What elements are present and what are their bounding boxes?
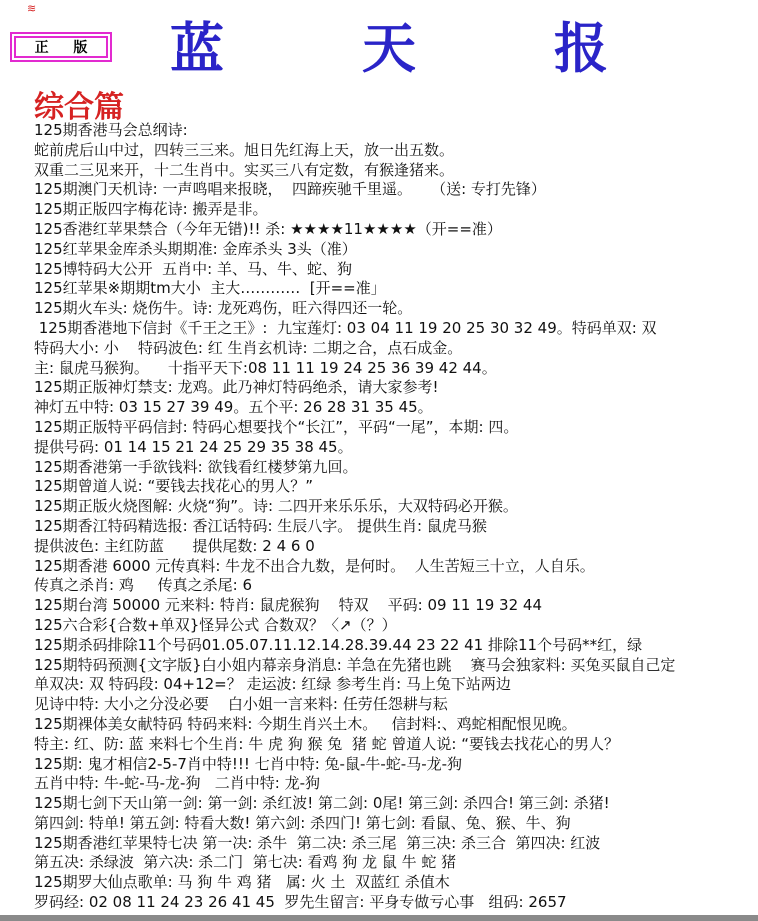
text-line: 125期七剑下天山第一剑: 第一剑: 杀红波! 第二剑: 0尾! 第三剑: 杀四… xyxy=(34,794,754,814)
text-line: 125期香港马会总纲诗: xyxy=(34,121,754,141)
text-line: 125六合彩{合数+单双}怪异公式 合数双？〈↗（？） xyxy=(34,616,754,636)
text-line: 125期正版火烧图解: 火烧“狗”。诗: 二四开来乐乐乐，大双特码必开猴。 xyxy=(34,497,754,517)
text-line: 125期曾道人说: “要钱去找花心的男人？” xyxy=(34,477,754,497)
section-heading: 综合篇 xyxy=(34,82,124,126)
text-line: 神灯五中特: 03 15 27 39 49。五个平: 26 28 31 35 4… xyxy=(34,398,754,418)
text-line: 特主: 红、防: 蓝 来料七个生肖: 牛 虎 狗 猴 兔 猪 蛇 曾道人说: “… xyxy=(34,735,754,755)
text-line: 125期: 鬼才相信2-5-7肖中特!!! 七肖中特: 兔-鼠-牛-蛇-马-龙-… xyxy=(34,755,754,775)
text-line: 125期香港红苹果特七决 第一决: 杀牛 第二决: 杀三尾 第三决: 杀三合 第… xyxy=(34,834,754,854)
text-line: 传真之杀肖: 鸡 传真之杀尾: 6 xyxy=(34,576,754,596)
text-line: 125期香港第一手欲钱料: 欲钱看红楼梦第九回。 xyxy=(34,458,754,478)
text-line: 125期澳门天机诗: 一声鸣唱来报晓， 四蹄疾驰千里遥。 （送: 专打先锋） xyxy=(34,180,754,200)
text-line: 主: 鼠虎马猴狗。 十指平天下:08 11 11 19 24 25 36 39 … xyxy=(34,359,754,379)
text-line: 125期罗大仙点歌单: 马 狗 牛 鸡 猪 属: 火 土 双蓝红 杀值木 xyxy=(34,873,754,893)
text-line: 125红苹果金库杀头期期准: 金库杀头 3头（准） xyxy=(34,240,754,260)
text-line: 125期正版神灯禁支: 龙鸡。此乃神灯特码绝杀，请大家参考! xyxy=(34,378,754,398)
text-line: 第四剑: 特单! 第五剑: 特看大数! 第六剑: 杀四门! 第七剑: 看鼠、兔、… xyxy=(34,814,754,834)
text-line: 双重二三见来开，十二生肖中。实买三八有定数，有猴逢猪来。 xyxy=(34,161,754,181)
text-line: 125期裸体美女献特码 特码来料: 今期生肖兴土木。 信封料:、鸡蛇相配恨见晚。 xyxy=(34,715,754,735)
authentic-badge: 正 版 xyxy=(10,32,112,62)
text-line: 125期香港地下信封《千王之王》: 九宝莲灯: 03 04 11 19 20 2… xyxy=(34,319,754,339)
text-line: 125红苹果※期期tm大小 主大………… [开==准」 xyxy=(34,279,754,299)
text-line: 125期台湾 50000 元来料: 特肖: 鼠虎猴狗 特双 平码: 09 11 … xyxy=(34,596,754,616)
text-line: 125期杀码排除11个号码01.05.07.11.12.14.28.39.44 … xyxy=(34,636,754,656)
text-line: 125期香港 6000 元传真料: 牛龙不出合九数，是何时。 人生苦短三十立，人… xyxy=(34,557,754,577)
text-line: 提供号码: 01 14 15 21 24 25 29 35 38 45。 xyxy=(34,438,754,458)
text-line: 见诗中特: 大小之分没必要 白小姐一言来料: 任劳任怨耕与耘 xyxy=(34,695,754,715)
page: ≋ 正 版 蓝天报 综合篇 125期香港马会总纲诗:蛇前虎后山中过，四转三三来。… xyxy=(0,0,758,921)
text-line: 蛇前虎后山中过，四转三三来。旭日先红海上天，放一出五数。 xyxy=(34,141,754,161)
content-lines: 125期香港马会总纲诗:蛇前虎后山中过，四转三三来。旭日先红海上天，放一出五数。… xyxy=(34,121,754,913)
corner-mark: ≋ xyxy=(27,2,36,15)
text-line: 125香港红苹果禁合（今年无错)!! 杀: ★★★★11★★★★（开==准） xyxy=(34,220,754,240)
text-line: 罗码经: 02 08 11 24 23 26 41 45 罗先生留言: 平身专做… xyxy=(34,893,754,913)
text-line: 第五决: 杀绿波 第六决: 杀二门 第七决: 看鸡 狗 龙 鼠 牛 蛇 猪 xyxy=(34,853,754,873)
text-line: 特码大小: 小 特码波色: 红 生肖玄机诗: 二期之合，点石成金。 xyxy=(34,339,754,359)
text-line: 五肖中特: 牛-蛇-马-龙-狗 二肖中特: 龙-狗 xyxy=(34,774,754,794)
text-line: 125博特码大公开 五肖中: 羊、马、牛、蛇、狗 xyxy=(34,260,754,280)
page-title: 蓝天报 xyxy=(170,6,746,83)
text-line: 125期香江特码精选报: 香江话特码: 生辰八字。 提供生肖: 鼠虎马猴 xyxy=(34,517,754,537)
text-line: 125期正版特平码信封: 特码心想要找个“长江”，平码“一尾”，本期: 四。 xyxy=(34,418,754,438)
authentic-badge-label: 正 版 xyxy=(25,37,98,57)
footer-bar xyxy=(0,915,758,921)
text-line: 125期火车头: 烧伤牛。诗: 龙死鸡伤，旺六得四还一轮。 xyxy=(34,299,754,319)
text-line: 单双决: 双 特码段: 04+12=？ 走运波: 红绿 参考生肖: 马上兔下站两… xyxy=(34,675,754,695)
text-line: 125期特码预测{文字版}白小姐内幕亲身消息: 羊急在先猪也跳 赛马会独家料: … xyxy=(34,656,754,676)
text-line: 125期正版四字梅花诗: 搬弄是非。 xyxy=(34,200,754,220)
text-line: 提供波色: 主红防蓝 提供尾数: 2 4 6 0 xyxy=(34,537,754,557)
